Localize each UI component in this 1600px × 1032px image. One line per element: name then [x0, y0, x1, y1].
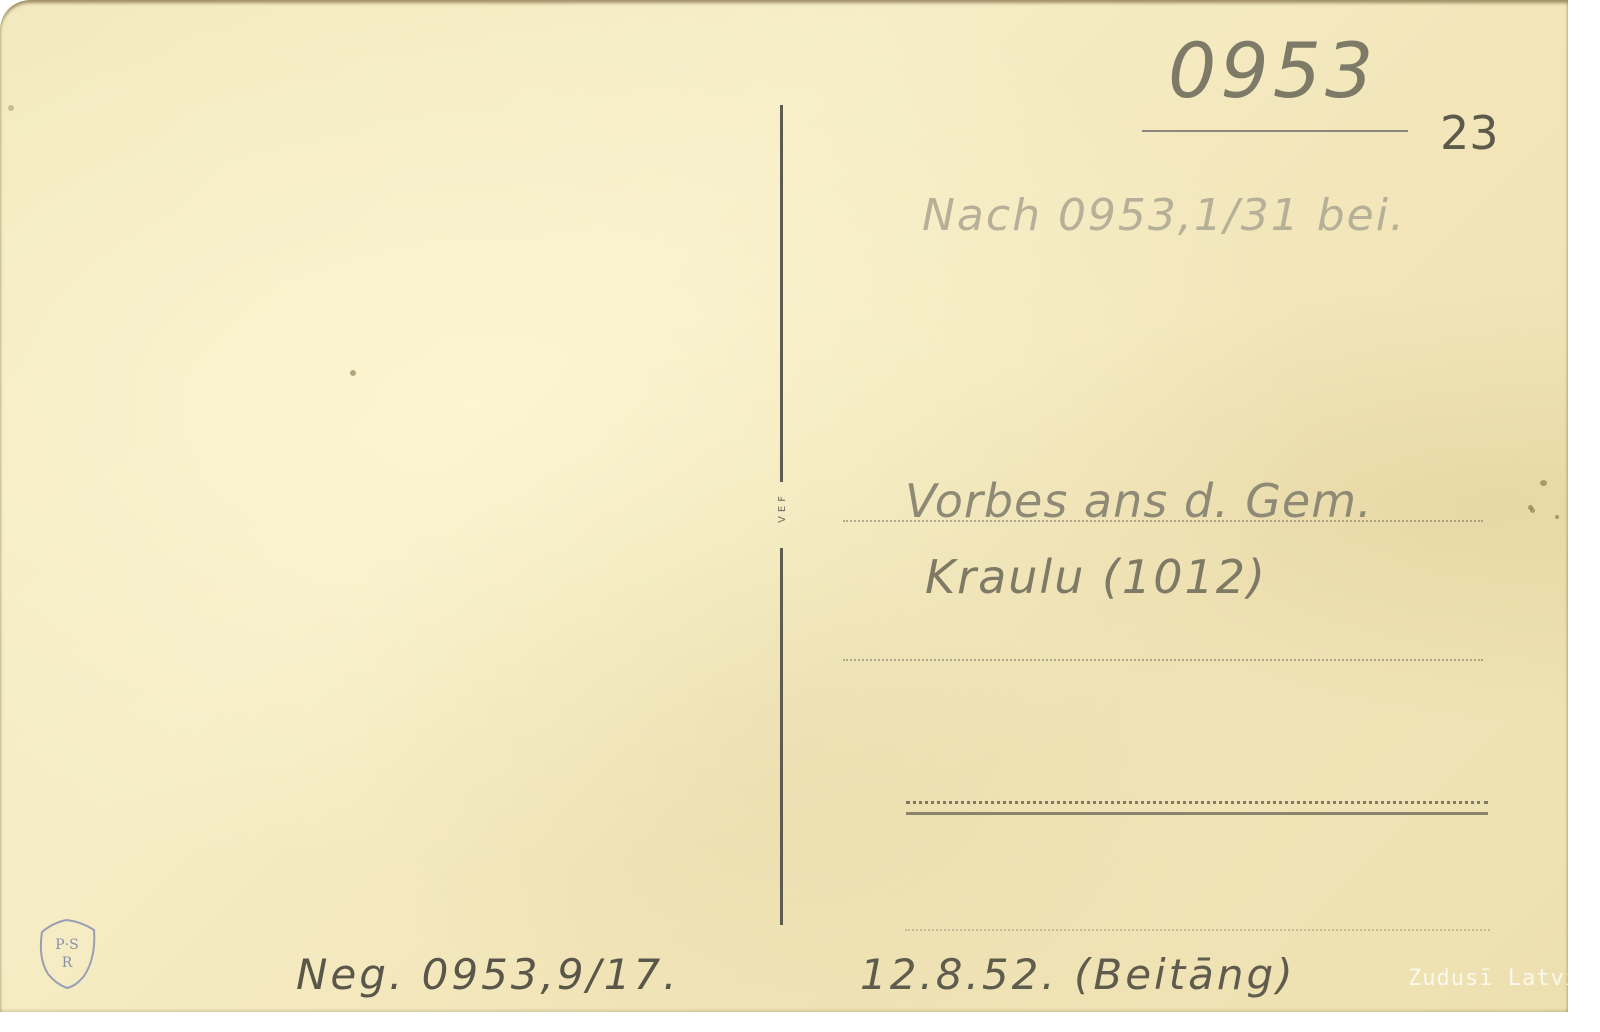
address-line-3-underline	[906, 812, 1488, 815]
paper-speck	[8, 105, 14, 111]
stamp-text-bottom: R	[36, 954, 98, 972]
stamp-text-top: P·S	[36, 936, 98, 954]
paper-speck	[350, 370, 356, 376]
archive-number-underline	[1142, 130, 1408, 132]
paper-speck	[1555, 515, 1559, 519]
reference-note: Nach 0953,1/31 bei.	[922, 190, 1406, 241]
address-line-1	[843, 520, 1483, 522]
postcard-back: 0953 23 Nach 0953,1/31 bei. VEF Vorbes a…	[0, 0, 1568, 1012]
description-line-2: Kraulu (1012)	[925, 550, 1267, 604]
address-line-4	[905, 929, 1490, 931]
date-note: 12.8.52. (Beitāng)	[860, 950, 1296, 999]
publisher-stamp: P·S R	[36, 918, 98, 990]
address-line-2	[843, 659, 1483, 661]
stamp-text: P·S R	[36, 936, 98, 972]
divider-imprint: VEF	[774, 492, 790, 523]
paper-speck	[1540, 480, 1547, 486]
archive-number: 0953	[1168, 26, 1377, 115]
negative-number: Neg. 0953,9/17.	[296, 950, 680, 999]
address-line-3	[906, 801, 1488, 804]
paper-speck	[1530, 508, 1535, 513]
watermark: Zudusī Latvija	[1408, 966, 1568, 991]
sub-number: 23	[1440, 106, 1499, 160]
